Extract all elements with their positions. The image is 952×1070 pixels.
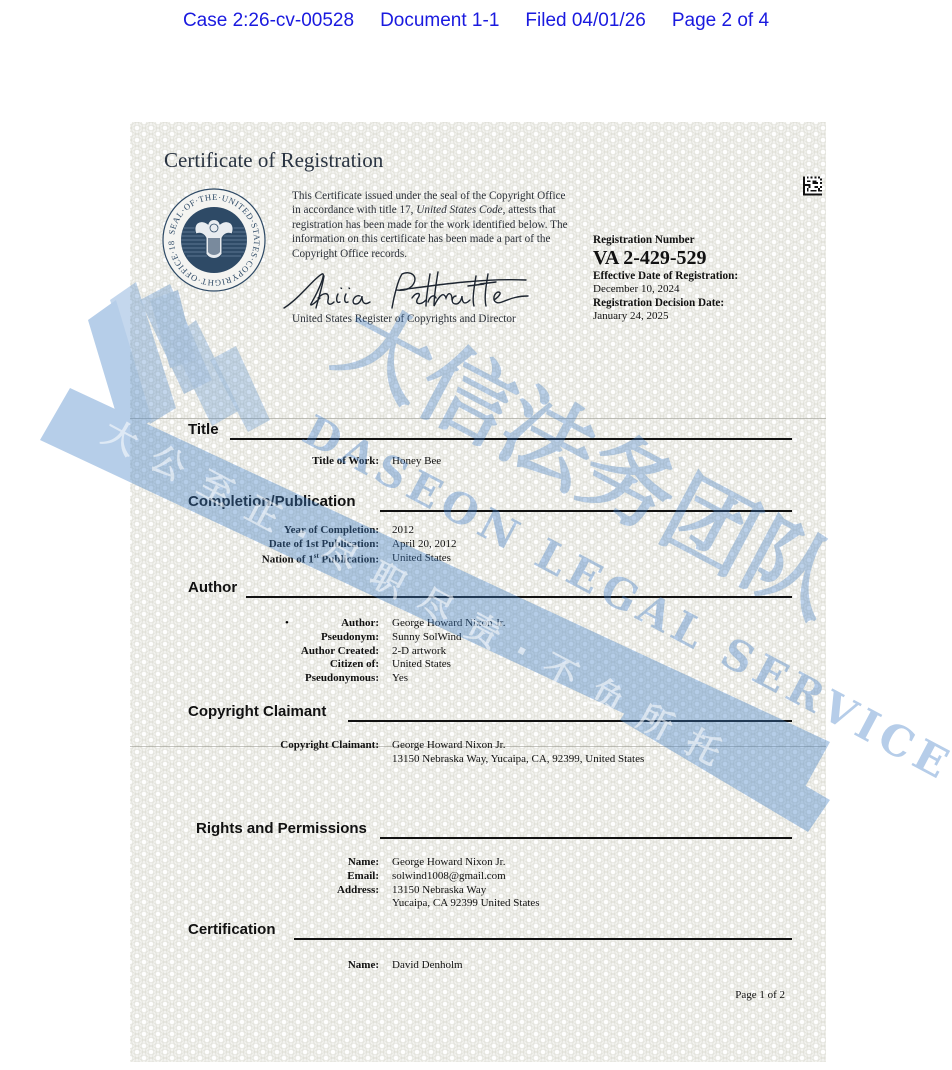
field-value: 2-D artwork [392,645,446,657]
case-number: Case 2:26-cv-00528 [183,10,354,31]
registration-info: Registration Number VA 2-429-529 Effecti… [593,234,793,323]
field-row: Email: solwind1008@gmail.com [130,870,826,884]
section-heading: Author [188,579,237,596]
section-title: Title [188,420,792,442]
field-label: Name: [348,959,379,971]
field-value: 13150 Nebraska Way, Yucaipa, CA, 92399, … [392,753,644,765]
field-row: Author: George Howard Nixon Jr. [130,617,826,631]
field-row: Name: George Howard Nixon Jr. [130,856,826,870]
claimant-fields: Copyright Claimant: George Howard Nixon … [130,739,826,767]
section-rule [230,438,792,440]
section-heading: Copyright Claimant [188,703,326,720]
field-value: April 20, 2012 [392,538,456,550]
certificate-title: Certificate of Registration [164,148,383,173]
effective-date: December 10, 2024 [593,283,793,296]
section-heading: Title [188,421,219,438]
document-number: Document 1-1 [380,10,499,31]
page-indicator: Page 2 of 4 [672,10,769,31]
field-row: Pseudonymous: Yes [130,672,826,686]
field-row: Author Created: 2-D artwork [130,645,826,659]
field-label: Date of 1st Publication: [269,538,379,550]
field-value: United States [392,658,451,670]
section-heading: Certification [188,921,276,938]
section-completion-publication: Completion/Publication [188,492,792,514]
field-label: Author Created: [301,645,379,657]
field-label: Email: [347,870,379,882]
field-value: Honey Bee [392,455,441,467]
section-rule [246,596,792,598]
section-rule [380,510,792,512]
field-value: 13150 Nebraska Way [392,884,486,896]
section-rule [294,938,792,940]
section-author: Author [188,578,792,600]
section-heading: Completion/Publication [188,493,356,510]
decision-date-label: Registration Decision Date: [593,297,793,310]
certificate-page-number: Page 1 of 2 [735,989,785,1001]
field-row: Year of Completion: 2012 [130,524,826,538]
section-certification: Certification [188,920,792,942]
field-value: David Denholm [392,959,463,971]
certificate-intro-text: This Certificate issued under the seal o… [292,189,572,261]
field-row: Title of Work: Honey Bee [130,455,826,469]
field-value: George Howard Nixon Jr. [392,856,505,868]
title-fields: Title of Work: Honey Bee [130,455,826,469]
section-rule [380,837,792,839]
field-row: Nation of 1st Publication: United States [130,552,826,566]
field-value: George Howard Nixon Jr. [392,617,505,629]
author-fields: • Author: George Howard Nixon Jr. Pseudo… [130,617,826,686]
field-row: Citizen of: United States [130,658,826,672]
decision-date: January 24, 2025 [593,310,793,323]
certificate-of-registration: Certificate of Registration SEAL·OF·THE·… [130,122,826,1062]
field-value: Yucaipa, CA 92399 United States [392,897,540,909]
field-row: Name: David Denholm [130,959,826,973]
field-value: Yes [392,672,408,684]
certification-fields: Name: David Denholm [130,959,826,973]
field-label: Nation of 1st Publication: [262,552,379,566]
fold-line [130,418,826,419]
registration-number-label: Registration Number [593,234,793,246]
field-value: 2012 [392,524,414,536]
email-value: solwind1008@gmail.com [392,870,506,882]
field-row: Date of 1st Publication: April 20, 2012 [130,538,826,552]
field-value: United States [392,552,451,564]
filed-date: Filed 04/01/26 [525,10,645,31]
field-label: Address: [337,884,379,896]
field-label: Pseudonym: [321,631,379,643]
field-label: Citizen of: [330,658,379,670]
us-copyright-office-seal-icon: SEAL·OF·THE·UNITED·STATES·COPYRIGHT·OFFI… [162,188,266,292]
field-row: 13150 Nebraska Way, Yucaipa, CA, 92399, … [130,753,826,767]
effective-date-label: Effective Date of Registration: [593,270,793,283]
rights-fields: Name: George Howard Nixon Jr. Email: sol… [130,856,826,911]
field-label: Year of Completion: [284,524,379,536]
field-label: Author: [341,617,379,629]
signature-caption: United States Register of Copyrights and… [292,313,516,325]
registration-number: VA 2-429-529 [593,247,793,269]
field-value: Sunny SolWind [392,631,462,643]
datamatrix-barcode-icon [803,176,822,196]
case-header: Case 2:26-cv-00528Document 1-1Filed 04/0… [0,10,952,32]
section-heading: Rights and Permissions [196,820,367,837]
field-row: Yucaipa, CA 92399 United States [130,897,826,911]
field-label: Title of Work: [312,455,379,467]
completion-fields: Year of Completion: 2012 Date of 1st Pub… [130,524,826,565]
field-label: Copyright Claimant: [280,739,379,751]
handwritten-signature-icon [280,268,530,316]
field-label: Pseudonymous: [305,672,379,684]
field-row: Address: 13150 Nebraska Way [130,884,826,898]
field-label: Name: [348,856,379,868]
section-rights-permissions: Rights and Permissions [196,819,792,841]
section-rule [348,720,792,722]
field-row: Copyright Claimant: George Howard Nixon … [130,739,826,753]
field-row: Pseudonym: Sunny SolWind [130,631,826,645]
field-value: George Howard Nixon Jr. [392,739,505,751]
section-copyright-claimant: Copyright Claimant [188,702,792,724]
